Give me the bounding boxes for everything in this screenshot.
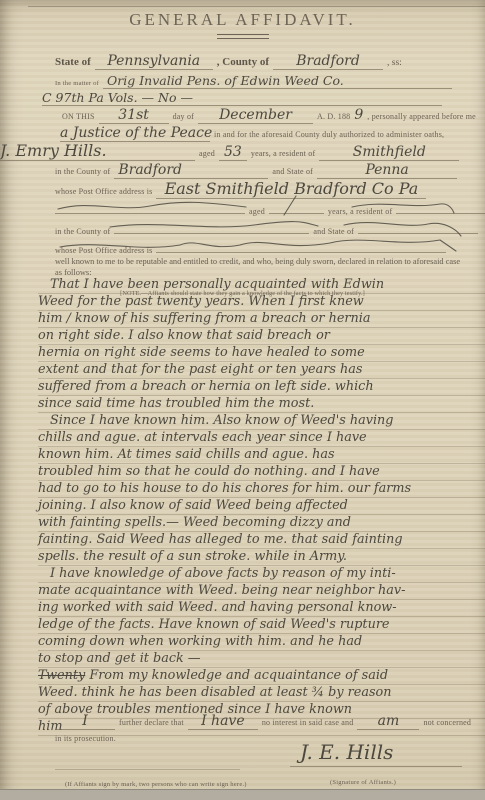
declaration-am: am	[357, 713, 419, 730]
day-of-label: day of	[173, 112, 194, 121]
county-value: Bradford	[273, 53, 383, 70]
state-value: Pennsylvania	[95, 53, 213, 70]
footer-right-caption: (Signature of Affiants.)	[330, 771, 396, 789]
scan-edge-line	[28, 6, 485, 7]
on-this-label: ON THIS	[62, 112, 95, 121]
affidavit-body: That I have been personally acquainted w…	[38, 277, 485, 736]
justice-value: a Justice of the Peace	[60, 125, 210, 142]
signature-block: J. E. Hills	[300, 740, 393, 764]
appeared-label: , personally appeared before me	[367, 112, 476, 121]
body-line: Since I have known him. Also know of Wee…	[38, 413, 485, 430]
pen-strike-marks	[0, 195, 485, 259]
affidavit-page: GENERAL AFFIDAVIT. State of Pennsylvania…	[0, 0, 485, 800]
affiant-signature: J. E. Hills	[300, 740, 393, 764]
signature-rule-left	[55, 769, 240, 770]
signature-rule-right	[290, 766, 462, 767]
affiant-name-line: J. Emry Hills. aged 53 years, a resident…	[0, 141, 459, 161]
body-line-rest: From my knowledge and acquaintance of sa…	[89, 668, 388, 683]
title-double-rule	[217, 34, 269, 39]
scan-bottom-edge	[0, 789, 485, 800]
body-line: Weed for the past twenty years. When I f…	[38, 294, 485, 311]
body-line: I have knowledge of above facts by reaso…	[38, 566, 485, 583]
unit-value: C 97th Pa Vols. — No —	[42, 90, 442, 106]
state-of-label: and State of	[272, 167, 313, 176]
not-concerned-label: not concerned	[423, 718, 471, 727]
body-line: had to go to his house to do his chores …	[38, 481, 485, 498]
unit-line: C 97th Pa Vols. — No —	[42, 89, 442, 107]
body-line: hernia on right side seems to have heale…	[38, 345, 485, 362]
struck-word: Twenty	[38, 668, 85, 683]
body-line: ledge of the facts. Have known of said W…	[38, 617, 485, 634]
county-label: , County of	[217, 56, 269, 68]
body-line: joining. I also know of said Weed being …	[38, 498, 485, 515]
age-value: 53	[219, 144, 247, 161]
body-line: him / know of his suffering from a breac…	[38, 311, 485, 328]
no-interest-label: no interest in said case and	[262, 718, 354, 727]
body-line: known him. At times said chills and ague…	[38, 447, 485, 464]
state-label: State of	[55, 56, 91, 68]
justice-label: in and for the aforesaid County duly aut…	[214, 130, 444, 139]
body-line-with-strike: Twenty From my knowledge and acquaintanc…	[38, 668, 485, 685]
body-line: That I have been personally acquainted w…	[38, 277, 485, 294]
mark-sign-note: (If Affiants sign by mark, two persons w…	[65, 781, 247, 788]
state-county-line: State of Pennsylvania , County of Bradfo…	[55, 52, 402, 70]
body-line: troubled him so that he could do nothing…	[38, 464, 485, 481]
prosecution-label: in its prosecution.	[55, 734, 116, 743]
day-value: 31st	[99, 107, 169, 124]
body-line: chills and ague. at intervals each year …	[38, 430, 485, 447]
declaration-line: I further declare that I have no interes…	[55, 712, 471, 730]
prosecution-line: in its prosecution.	[55, 728, 116, 746]
year-digit: 9	[354, 107, 363, 123]
signature-caption: (Signature of Affiants.)	[330, 779, 396, 786]
ad-label: A. D. 188	[317, 112, 350, 121]
affiant-name: J. Emry Hills.	[0, 141, 195, 161]
on-this-line: ON THIS 31st day of December A. D. 188 9…	[62, 106, 476, 124]
body-line: coming down when working with him. and h…	[38, 634, 485, 651]
ss-label: , ss:	[387, 58, 402, 68]
body-line: suffered from a breach or hernia on left…	[38, 379, 485, 396]
county-of-label: in the County of	[55, 167, 110, 176]
resident-label: years, a resident of	[251, 149, 315, 158]
page-title: GENERAL AFFIDAVIT.	[0, 10, 485, 30]
affiant-state: Penna	[317, 162, 457, 179]
declaration-have: I have	[188, 713, 258, 730]
body-line: ing worked with said Weed. and having pe…	[38, 600, 485, 617]
residence-value: Smithfield	[319, 144, 459, 161]
body-line: spells. the result of a sun stroke. whil…	[38, 549, 485, 566]
body-line: since said time has troubled him the mos…	[38, 396, 485, 413]
body-line: to stop and get it back —	[38, 651, 485, 668]
sworn-statement-text: well known to me to be reputable and ent…	[55, 256, 463, 278]
further-declare-label: further declare that	[119, 718, 184, 727]
body-line: with fainting spells.— Weed becoming diz…	[38, 515, 485, 532]
body-line: fainting. Said Weed has alleged to me. t…	[38, 532, 485, 549]
body-line: Weed. think he has been disabled at leas…	[38, 685, 485, 702]
affiant-county: Bradford	[114, 162, 268, 179]
body-line: mate acquaintance with Weed. being near …	[38, 583, 485, 600]
matter-label: In the matter of	[55, 80, 99, 87]
matter-value: Orig Invalid Pens. of Edwin Weed Co.	[103, 73, 452, 89]
justice-line: a Justice of the Peace in and for the af…	[60, 124, 444, 142]
affiant-county-line: in the County of Bradford and State of P…	[55, 161, 457, 179]
matter-line: In the matter of Orig Invalid Pens. of E…	[55, 72, 452, 90]
body-line: extent and that for the past eight or te…	[38, 362, 485, 379]
aged-label: aged	[199, 149, 215, 158]
body-line: on right side. I also know that said bre…	[38, 328, 485, 345]
month-value: December	[198, 107, 313, 124]
